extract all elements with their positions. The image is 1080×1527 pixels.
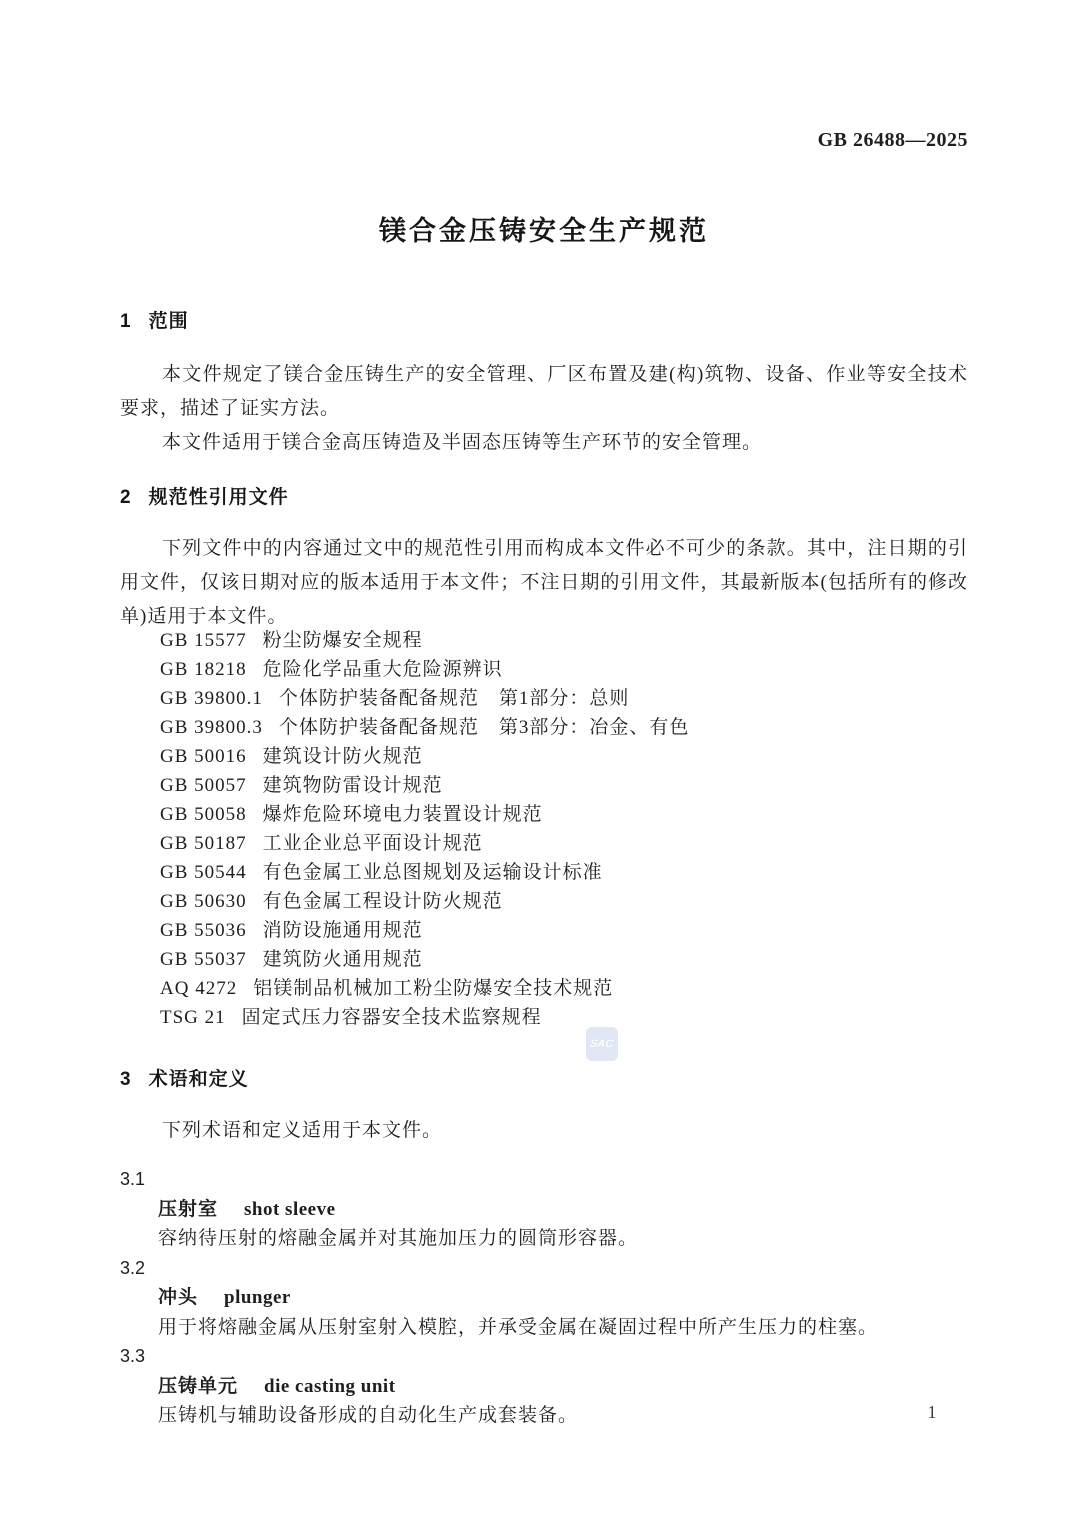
reference-title: 爆炸危险环境电力装置设计规范	[263, 804, 543, 825]
term-definition: 用于将熔融金属从压射室射入模腔，并承受金属在凝固过程中所产生压力的柱塞。	[120, 1313, 968, 1343]
reference-item: GB 50630有色金属工程设计防火规范	[120, 887, 968, 916]
references-list: GB 15577粉尘防爆安全规程 GB 18218危险化学品重大危险源辨识 GB…	[120, 626, 968, 1032]
term-name-row: 压铸单元die casting unit	[120, 1372, 968, 1402]
term-name-row: 冲头plunger	[120, 1283, 968, 1313]
sac-watermark-text: SAC	[590, 1038, 615, 1050]
page-content: GB 26488—2025 镁合金压铸安全生产规范 1范围 本文件规定了镁合金压…	[120, 128, 968, 1431]
term-chinese: 压铸单元	[158, 1376, 238, 1397]
reference-title: 建筑物防雷设计规范	[263, 775, 443, 796]
reference-item: GB 50057建筑物防雷设计规范	[120, 771, 968, 800]
section-1-number: 1	[120, 311, 131, 332]
term-entry: 3.3 压铸单元die casting unit 压铸机与辅助设备形成的自动化生…	[120, 1342, 968, 1431]
reference-item: GB 55036消防设施通用规范	[120, 916, 968, 945]
reference-item: GB 15577粉尘防爆安全规程	[120, 626, 968, 655]
section-1-paragraph: 本文件规定了镁合金压铸生产的安全管理、厂区布置及建(构)筑物、设备、作业等安全技…	[120, 358, 968, 426]
reference-code: GB 50187	[160, 833, 247, 854]
reference-item: GB 50187工业企业总平面设计规范	[120, 829, 968, 858]
reference-title: 个体防护装备配备规范 第1部分：总则	[279, 688, 630, 709]
reference-item: GB 39800.1个体防护装备配备规范 第1部分：总则	[120, 684, 968, 713]
reference-title: 有色金属工程设计防火规范	[263, 891, 503, 912]
section-3-heading: 3术语和定义	[120, 1066, 968, 1094]
reference-title: 建筑防火通用规范	[263, 949, 423, 970]
terms-list: 3.1 压射室shot sleeve 容纳待压射的熔融金属并对其施加压力的圆筒形…	[120, 1165, 968, 1431]
reference-item: GB 50058爆炸危险环境电力装置设计规范	[120, 800, 968, 829]
section-1-heading: 1范围	[120, 308, 968, 336]
reference-code: GB 55037	[160, 949, 247, 970]
term-definition: 容纳待压射的熔融金属并对其施加压力的圆筒形容器。	[120, 1224, 968, 1254]
document-page: GB 26488—2025 镁合金压铸安全生产规范 1范围 本文件规定了镁合金压…	[0, 0, 1080, 1527]
term-chinese: 冲头	[158, 1287, 198, 1308]
reference-title: 工业企业总平面设计规范	[263, 833, 483, 854]
reference-item: GB 39800.3个体防护装备配备规范 第3部分：冶金、有色	[120, 713, 968, 742]
term-clause-number: 3.1	[120, 1165, 968, 1195]
reference-item: AQ 4272铝镁制品机械加工粉尘防爆安全技术规范	[120, 974, 968, 1003]
reference-title: 消防设施通用规范	[263, 920, 423, 941]
term-clause-number: 3.2	[120, 1254, 968, 1284]
reference-code: TSG 21	[160, 1007, 226, 1028]
reference-title: 粉尘防爆安全规程	[263, 630, 423, 651]
section-2-heading: 2规范性引用文件	[120, 484, 968, 512]
term-entry: 3.1 压射室shot sleeve 容纳待压射的熔融金属并对其施加压力的圆筒形…	[120, 1165, 968, 1254]
reference-title: 铝镁制品机械加工粉尘防爆安全技术规范	[253, 978, 613, 999]
term-name-row: 压射室shot sleeve	[120, 1195, 968, 1225]
reference-item: GB 18218危险化学品重大危险源辨识	[120, 655, 968, 684]
reference-title: 个体防护装备配备规范 第3部分：冶金、有色	[279, 717, 690, 738]
reference-item: GB 50016建筑设计防火规范	[120, 742, 968, 771]
reference-code: GB 15577	[160, 630, 247, 651]
reference-item: GB 50544有色金属工业总图规划及运输设计标准	[120, 858, 968, 887]
term-chinese: 压射室	[158, 1199, 218, 1220]
reference-code: GB 50630	[160, 891, 247, 912]
sac-watermark-logo: SAC	[586, 1027, 618, 1061]
reference-code: GB 50544	[160, 862, 247, 883]
term-clause-number: 3.3	[120, 1342, 968, 1372]
reference-code: GB 39800.3	[160, 717, 263, 738]
section-1-paragraph: 本文件适用于镁合金高压铸造及半固态压铸等生产环节的安全管理。	[120, 426, 968, 460]
reference-code: AQ 4272	[160, 978, 237, 999]
reference-code: GB 55036	[160, 920, 247, 941]
reference-code: GB 50057	[160, 775, 247, 796]
section-2-number: 2	[120, 487, 131, 508]
section-3-intro: 下列术语和定义适用于本文件。	[120, 1116, 968, 1146]
section-1-title: 范围	[149, 311, 189, 332]
reference-code: GB 50058	[160, 804, 247, 825]
reference-code: GB 39800.1	[160, 688, 263, 709]
section-3-title: 术语和定义	[149, 1069, 249, 1090]
term-english: shot sleeve	[244, 1199, 336, 1220]
term-english: die casting unit	[264, 1376, 396, 1397]
standard-number: GB 26488—2025	[120, 128, 968, 152]
section-3-number: 3	[120, 1069, 131, 1090]
reference-item: GB 55037建筑防火通用规范	[120, 945, 968, 974]
term-english: plunger	[224, 1287, 291, 1308]
section-2-title: 规范性引用文件	[149, 487, 289, 508]
term-definition: 压铸机与辅助设备形成的自动化生产成套装备。	[120, 1401, 968, 1431]
reference-item: TSG 21固定式压力容器安全技术监察规程	[120, 1003, 968, 1032]
page-number: 1	[922, 1400, 942, 1424]
section-2-intro: 下列文件中的内容通过文中的规范性引用而构成本文件必不可少的条款。其中，注日期的引…	[120, 532, 968, 634]
document-title: 镁合金压铸安全生产规范	[120, 210, 968, 252]
reference-title: 危险化学品重大危险源辨识	[263, 659, 503, 680]
reference-title: 固定式压力容器安全技术监察规程	[242, 1007, 542, 1028]
reference-title: 建筑设计防火规范	[263, 746, 423, 767]
reference-code: GB 50016	[160, 746, 247, 767]
reference-code: GB 18218	[160, 659, 247, 680]
reference-title: 有色金属工业总图规划及运输设计标准	[263, 862, 603, 883]
term-entry: 3.2 冲头plunger 用于将熔融金属从压射室射入模腔，并承受金属在凝固过程…	[120, 1254, 968, 1343]
